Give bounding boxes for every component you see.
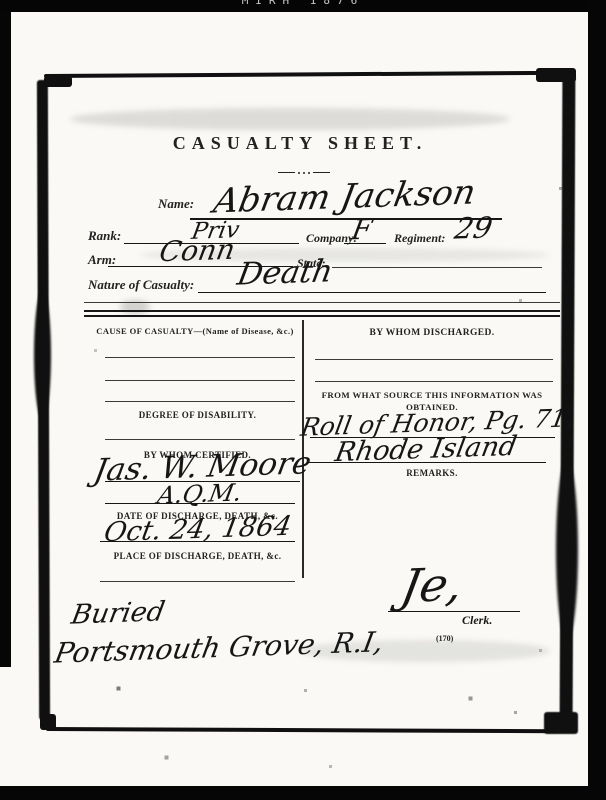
clerk-label: Clerk. bbox=[462, 613, 492, 628]
remarks-header: REMARKS. bbox=[312, 468, 552, 478]
page-edge-left-bulge bbox=[34, 290, 51, 420]
certified-write-line-2 bbox=[105, 503, 295, 504]
film-edge-right bbox=[588, 0, 606, 788]
cause-of-casualty-header: CAUSE OF CASUALTY—(Name of Disease, &c.) bbox=[90, 326, 300, 336]
smudge-band-top bbox=[70, 108, 510, 130]
title-ornament bbox=[278, 170, 330, 175]
film-edge-left bbox=[0, 12, 11, 667]
microfilm-header-strip: MIRH 1876 bbox=[0, 0, 606, 12]
date-write-line bbox=[100, 541, 295, 542]
page-edge-top bbox=[44, 71, 559, 78]
regiment-label: Regiment: bbox=[394, 231, 445, 246]
cause-write-line-2 bbox=[105, 380, 295, 381]
discharged-write-line-1 bbox=[315, 359, 553, 360]
clerk-signature-line bbox=[388, 611, 520, 612]
burial-annotation-line2: Portsmouth Grove, R.I, bbox=[56, 634, 382, 662]
source-underline-2 bbox=[308, 462, 546, 463]
discharged-write-line-2 bbox=[315, 381, 553, 382]
place-write-line bbox=[100, 581, 295, 582]
film-edge-bottom bbox=[0, 786, 606, 800]
section-rule-thin bbox=[84, 302, 560, 303]
state-write-line bbox=[332, 267, 542, 268]
page-edge-right-bulge bbox=[556, 460, 578, 640]
company-value: F bbox=[352, 216, 371, 244]
burial-annotation-line1: Buried bbox=[72, 600, 164, 627]
cause-write-line-3 bbox=[105, 401, 295, 402]
section-rule-double-b bbox=[84, 315, 560, 317]
certified-signature: Jas. W. Moore bbox=[62, 452, 342, 483]
section-rule-double-a bbox=[84, 310, 560, 312]
degree-write-line bbox=[105, 439, 295, 440]
cause-write-line-1 bbox=[105, 357, 295, 358]
place-of-discharge-header: PLACE OF DISCHARGE, DEATH, &c. bbox=[95, 551, 300, 561]
discharged-header: BY WHOM DISCHARGED. bbox=[312, 328, 552, 338]
dust-speckles bbox=[0, 0, 1, 1]
regiment-value: 29 bbox=[455, 214, 492, 243]
form-number: (170) bbox=[436, 634, 453, 643]
date-of-discharge-value: Oct. 24, 1864 bbox=[88, 516, 308, 543]
page-corner-top-left bbox=[44, 76, 72, 87]
source-header-line1: FROM WHAT SOURCE THIS INFORMATION WAS bbox=[310, 390, 554, 400]
page-corner-bottom-left bbox=[40, 714, 56, 730]
source-value-line2: Rhode Island bbox=[302, 436, 550, 463]
source-value-line1: Roll of Honor, Pg. 71, bbox=[302, 410, 560, 435]
page-corner-bottom-right bbox=[544, 712, 578, 734]
name-value: Abram Jackson bbox=[180, 180, 510, 214]
nature-label: Nature of Casualty: bbox=[88, 277, 194, 293]
nature-write-line bbox=[198, 292, 546, 293]
form-title: CASUALTY SHEET. bbox=[150, 133, 450, 154]
nature-value: Death bbox=[210, 258, 360, 289]
page-edge-bottom bbox=[46, 727, 558, 733]
clerk-signature: Je, bbox=[402, 562, 462, 608]
microfilm-label: MIRH 1876 bbox=[0, 0, 606, 7]
company-write-line bbox=[344, 243, 386, 244]
scanned-casualty-sheet: MIRH 1876 CASUALTY SHEET. Name: Abram Ja… bbox=[0, 0, 606, 800]
degree-of-disability-header: DEGREE OF DISABILITY. bbox=[95, 410, 300, 420]
